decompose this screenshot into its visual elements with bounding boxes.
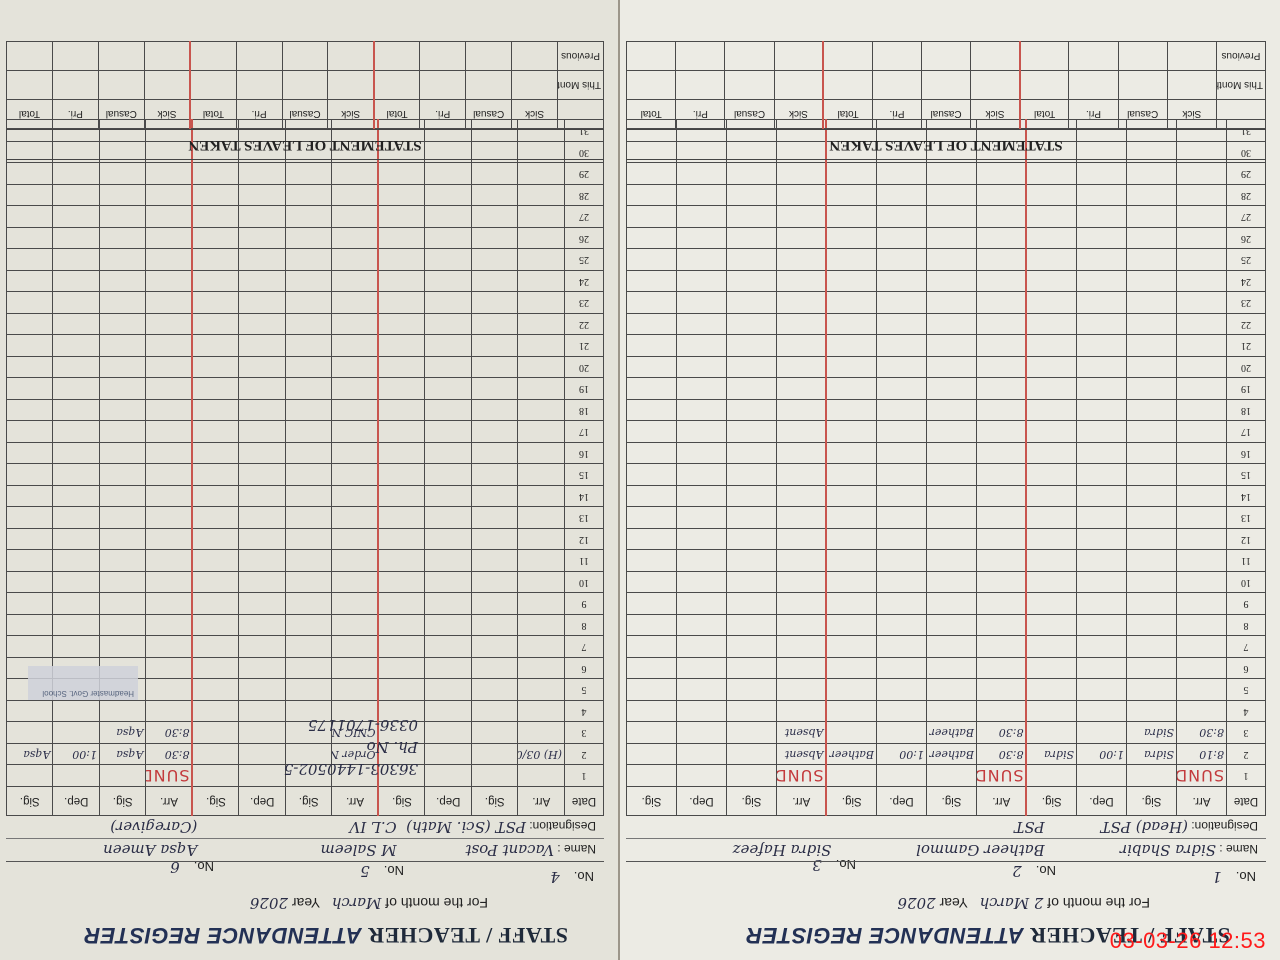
attendance-cell bbox=[1177, 185, 1227, 207]
attendance-cell bbox=[7, 271, 54, 293]
attendance-cell bbox=[7, 314, 54, 336]
leave-cell bbox=[823, 71, 872, 100]
sunday-mark: SUNDAY bbox=[1177, 766, 1225, 785]
handwritten-entry: Sidra bbox=[1144, 726, 1174, 739]
attendance-cell bbox=[7, 636, 54, 658]
date-cell: 28 bbox=[565, 185, 604, 207]
attendance-cell bbox=[379, 400, 426, 422]
attendance-cell bbox=[100, 550, 147, 572]
attendance-cell bbox=[332, 228, 379, 250]
attendance-cell bbox=[627, 529, 677, 551]
attendance-cell bbox=[827, 185, 877, 207]
attendance-cell bbox=[379, 486, 426, 508]
attendance-cell bbox=[727, 357, 777, 379]
attendance-cell bbox=[100, 357, 147, 379]
attendance-cell bbox=[1077, 292, 1127, 314]
attendance-cell bbox=[1177, 464, 1227, 486]
attendance-cell bbox=[472, 765, 519, 787]
attendance-cell bbox=[777, 572, 827, 594]
attendance-cell bbox=[239, 679, 286, 701]
attendance-cell bbox=[827, 163, 877, 185]
attendance-cell bbox=[627, 615, 677, 637]
attendance-cell bbox=[146, 314, 193, 336]
attendance-cell bbox=[877, 292, 927, 314]
attendance-cell bbox=[727, 292, 777, 314]
attendance-cell bbox=[239, 249, 286, 271]
attendance-cell bbox=[472, 163, 519, 185]
attendance-cell: SUNDAY bbox=[1177, 765, 1227, 787]
attendance-cell bbox=[827, 271, 877, 293]
leave-header: Casual bbox=[725, 100, 774, 129]
attendance-cell bbox=[877, 314, 927, 336]
attendance-cell bbox=[379, 658, 426, 680]
attendance-cell bbox=[425, 335, 472, 357]
attendance-cell bbox=[239, 529, 286, 551]
attendance-cell bbox=[677, 314, 727, 336]
attendance-cell bbox=[977, 228, 1027, 250]
attendance-cell bbox=[379, 228, 426, 250]
attendance-cell bbox=[827, 292, 877, 314]
attendance-cell bbox=[425, 486, 472, 508]
attendance-cell bbox=[53, 636, 100, 658]
attendance-cell bbox=[332, 593, 379, 615]
leave-cell bbox=[1118, 71, 1167, 100]
attendance-cell bbox=[518, 765, 565, 787]
leave-cell bbox=[190, 42, 236, 71]
attendance-cell bbox=[1077, 185, 1127, 207]
attendance-cell bbox=[627, 271, 677, 293]
date-cell: 9 bbox=[1227, 593, 1266, 615]
attendance-cell bbox=[1177, 550, 1227, 572]
attendance-cell bbox=[777, 636, 827, 658]
attendance-cell bbox=[379, 357, 426, 379]
attendance-cell bbox=[379, 593, 426, 615]
attendance-cell bbox=[239, 163, 286, 185]
attendance-cell bbox=[1027, 765, 1077, 787]
sunday-mark: SUNDAY bbox=[146, 766, 190, 785]
staff-numbers: No.4 No.5 No.6 bbox=[14, 862, 604, 886]
attendance-cell bbox=[1027, 658, 1077, 680]
staff-no: No.2 bbox=[1012, 862, 1056, 880]
handwritten-entry: 8:10 bbox=[1199, 748, 1224, 761]
attendance-cell bbox=[1077, 679, 1127, 701]
attendance-cell bbox=[677, 593, 727, 615]
attendance-cell bbox=[379, 636, 426, 658]
leave-cell bbox=[7, 42, 53, 71]
attendance-cell bbox=[53, 206, 100, 228]
attendance-cell bbox=[827, 314, 877, 336]
attendance-cell bbox=[286, 486, 333, 508]
attendance-cell bbox=[286, 314, 333, 336]
attendance-cell bbox=[727, 335, 777, 357]
attendance-cell bbox=[100, 636, 147, 658]
attendance-cell bbox=[53, 228, 100, 250]
attendance-cell bbox=[472, 464, 519, 486]
attendance-cell bbox=[100, 271, 147, 293]
attendance-cell bbox=[727, 550, 777, 572]
attendance-cell bbox=[927, 486, 977, 508]
attendance-cell bbox=[146, 443, 193, 465]
attendance-cell bbox=[332, 507, 379, 529]
date-cell: 20 bbox=[565, 357, 604, 379]
attendance-cell bbox=[425, 357, 472, 379]
attendance-cell bbox=[193, 421, 240, 443]
attendance-cell bbox=[100, 163, 147, 185]
attendance-cell bbox=[193, 249, 240, 271]
attendance-cell bbox=[1027, 335, 1077, 357]
attendance-cell bbox=[425, 206, 472, 228]
attendance-cell bbox=[927, 443, 977, 465]
sunday-mark: SUNDAY bbox=[977, 766, 1024, 785]
attendance-cell bbox=[877, 507, 927, 529]
attendance-cell bbox=[7, 593, 54, 615]
attendance-cell bbox=[877, 464, 927, 486]
attendance-cell bbox=[1027, 206, 1077, 228]
attendance-cell bbox=[146, 357, 193, 379]
leave-cell bbox=[144, 71, 190, 100]
attendance-cell bbox=[332, 314, 379, 336]
attendance-cell bbox=[727, 529, 777, 551]
attendance-cell bbox=[100, 206, 147, 228]
leave-cell bbox=[236, 71, 282, 100]
attendance-cell bbox=[727, 744, 777, 766]
leave-cell bbox=[52, 71, 98, 100]
date-cell: 5 bbox=[1227, 679, 1266, 701]
table-row: 12 bbox=[627, 529, 1266, 551]
table-row: 5 bbox=[627, 679, 1266, 701]
attendance-cell bbox=[1127, 464, 1177, 486]
attendance-cell bbox=[286, 357, 333, 379]
attendance-cell bbox=[1027, 679, 1077, 701]
date-cell: 16 bbox=[565, 443, 604, 465]
handwritten-entry: Absent bbox=[785, 748, 824, 761]
attendance-cell bbox=[927, 163, 977, 185]
column-header: Arr. bbox=[518, 787, 565, 816]
attendance-cell bbox=[777, 443, 827, 465]
date-cell: 11 bbox=[1227, 550, 1266, 572]
leave-cell bbox=[190, 71, 236, 100]
attendance-cell bbox=[239, 443, 286, 465]
attendance-cell bbox=[1077, 249, 1127, 271]
attendance-cell bbox=[472, 679, 519, 701]
attendance-cell bbox=[146, 507, 193, 529]
attendance-cell bbox=[1177, 507, 1227, 529]
date-cell: 20 bbox=[1227, 357, 1266, 379]
handwritten-entry: 8:30 bbox=[999, 726, 1024, 739]
attendance-cell bbox=[193, 615, 240, 637]
attendance-cell bbox=[286, 249, 333, 271]
attendance-cell bbox=[927, 271, 977, 293]
attendance-cell bbox=[1027, 486, 1077, 508]
attendance-cell bbox=[379, 507, 426, 529]
attendance-cell bbox=[472, 593, 519, 615]
attendance-cell bbox=[1077, 163, 1127, 185]
leave-header-blank bbox=[1216, 100, 1265, 129]
attendance-cell bbox=[1027, 507, 1077, 529]
attendance-cell bbox=[239, 271, 286, 293]
attendance-cell bbox=[727, 228, 777, 250]
leave-cell bbox=[676, 71, 725, 100]
attendance-cell bbox=[379, 572, 426, 594]
attendance-cell bbox=[332, 550, 379, 572]
table-row: 16 bbox=[627, 443, 1266, 465]
attendance-cell bbox=[7, 335, 54, 357]
attendance-cell bbox=[7, 722, 54, 744]
attendance-cell bbox=[193, 357, 240, 379]
attendance-cell bbox=[100, 249, 147, 271]
leave-cell bbox=[374, 71, 420, 100]
handwritten-entry: Aqsa bbox=[23, 748, 50, 761]
attendance-cell bbox=[1077, 765, 1127, 787]
attendance-cell bbox=[53, 507, 100, 529]
attendance-cell bbox=[472, 486, 519, 508]
attendance-cell bbox=[193, 744, 240, 766]
handwritten-entry: Batheer bbox=[930, 726, 974, 739]
date-cell: 19 bbox=[1227, 378, 1266, 400]
attendance-cell bbox=[827, 206, 877, 228]
attendance-cell: 1:00 bbox=[1077, 744, 1127, 766]
date-cell: 17 bbox=[1227, 421, 1266, 443]
month-line: For the month of March Year 2026 bbox=[250, 894, 488, 912]
attendance-cell bbox=[1077, 443, 1127, 465]
attendance-cell bbox=[1177, 658, 1227, 680]
attendance-cell bbox=[977, 486, 1027, 508]
attendance-cell bbox=[777, 400, 827, 422]
table-row: 12 bbox=[7, 529, 604, 551]
attendance-cell bbox=[827, 443, 877, 465]
attendance-cell bbox=[379, 206, 426, 228]
attendance-cell bbox=[53, 615, 100, 637]
leave-cell bbox=[872, 71, 921, 100]
attendance-cell bbox=[146, 163, 193, 185]
attendance-cell bbox=[286, 292, 333, 314]
attendance-cell bbox=[425, 722, 472, 744]
table-row: 28:10Sidra1:00Sidra8:30Batheer1:00Bathee… bbox=[627, 744, 1266, 766]
attendance-cell bbox=[877, 206, 927, 228]
staff-names: Name : Sidra Shabir Batheer Gammol Sidra… bbox=[626, 815, 1266, 862]
attendance-cell bbox=[286, 636, 333, 658]
attendance-cell bbox=[193, 658, 240, 680]
column-header: Sig. bbox=[727, 787, 777, 816]
attendance-cell bbox=[286, 464, 333, 486]
table-row: 11 bbox=[627, 550, 1266, 572]
attendance-cell bbox=[193, 271, 240, 293]
attendance-cell bbox=[53, 701, 100, 723]
attendance-cell bbox=[977, 636, 1027, 658]
attendance-cell bbox=[627, 163, 677, 185]
attendance-cell bbox=[1177, 163, 1227, 185]
date-cell: 8 bbox=[1227, 615, 1266, 637]
attendance-cell bbox=[927, 400, 977, 422]
date-cell: 2 bbox=[565, 744, 604, 766]
attendance-cell bbox=[286, 185, 333, 207]
date-cell: 18 bbox=[565, 400, 604, 422]
leave-header: Total bbox=[7, 100, 53, 129]
attendance-cell: 8:30 bbox=[977, 722, 1027, 744]
attendance-cell bbox=[677, 400, 727, 422]
attendance-cell bbox=[977, 421, 1027, 443]
year-value: 2026 bbox=[250, 894, 288, 912]
attendance-cell bbox=[53, 400, 100, 422]
table-row: 8 bbox=[7, 615, 604, 637]
attendance-cell bbox=[677, 765, 727, 787]
attendance-cell bbox=[627, 701, 677, 723]
attendance-cell bbox=[677, 335, 727, 357]
date-cell: 3 bbox=[1227, 722, 1266, 744]
handwritten-entry: Aqsa bbox=[116, 726, 143, 739]
attendance-cell bbox=[877, 271, 927, 293]
attendance-cell bbox=[332, 421, 379, 443]
leave-cell bbox=[774, 71, 823, 100]
attendance-cell bbox=[727, 722, 777, 744]
attendance-cell bbox=[927, 507, 977, 529]
attendance-cell bbox=[677, 486, 727, 508]
attendance-cell bbox=[472, 335, 519, 357]
attendance-cell bbox=[239, 765, 286, 787]
attendance-cell bbox=[827, 550, 877, 572]
leave-row: Previous bbox=[627, 42, 1266, 71]
attendance-cell bbox=[379, 271, 426, 293]
attendance-cell bbox=[927, 292, 977, 314]
leave-cell bbox=[52, 42, 98, 71]
attendance-cell bbox=[977, 615, 1027, 637]
attendance-cell bbox=[379, 185, 426, 207]
attendance-cell: Sidra bbox=[1127, 744, 1177, 766]
attendance-cell bbox=[332, 658, 379, 680]
leave-cell bbox=[144, 42, 190, 71]
table-row: 28 bbox=[7, 185, 604, 207]
date-cell: 29 bbox=[1227, 163, 1266, 185]
attendance-cell bbox=[193, 572, 240, 594]
attendance-cell bbox=[146, 529, 193, 551]
attendance-cell bbox=[627, 228, 677, 250]
attendance-cell bbox=[379, 421, 426, 443]
leave-header: Pri. bbox=[872, 100, 921, 129]
month-line: For the month of 2 March Year 2026 bbox=[897, 894, 1150, 912]
attendance-cell bbox=[53, 292, 100, 314]
attendance-cell bbox=[1027, 464, 1077, 486]
attendance-cell bbox=[1177, 249, 1227, 271]
attendance-cell bbox=[677, 357, 727, 379]
table-row: 24 bbox=[627, 271, 1266, 293]
leave-cell bbox=[725, 71, 774, 100]
table-row: 22 bbox=[627, 314, 1266, 336]
attendance-cell: 8:30 bbox=[146, 744, 193, 766]
attendance-cell bbox=[53, 314, 100, 336]
column-header: Dep. bbox=[239, 787, 286, 816]
attendance-cell bbox=[977, 679, 1027, 701]
attendance-cell bbox=[877, 443, 927, 465]
leave-cell bbox=[282, 71, 328, 100]
attendance-cell bbox=[1027, 249, 1077, 271]
attendance-cell bbox=[286, 163, 333, 185]
attendance-cell bbox=[53, 464, 100, 486]
date-cell: 1 bbox=[565, 765, 604, 787]
attendance-cell bbox=[239, 658, 286, 680]
attendance-cell bbox=[1127, 765, 1177, 787]
leave-cell bbox=[374, 42, 420, 71]
attendance-cell bbox=[677, 550, 727, 572]
attendance-cell bbox=[1077, 400, 1127, 422]
attendance-cell bbox=[777, 292, 827, 314]
table-row: 27 bbox=[627, 206, 1266, 228]
attendance-cell bbox=[777, 593, 827, 615]
leave-header: Casual bbox=[466, 100, 512, 129]
attendance-cell bbox=[677, 421, 727, 443]
attendance-cell bbox=[777, 357, 827, 379]
name-row: Name : Vacant Post M Saleem Aqsa Ameen bbox=[6, 838, 604, 861]
leave-cell bbox=[98, 42, 144, 71]
attendance-cell bbox=[518, 249, 565, 271]
attendance-cell bbox=[627, 421, 677, 443]
leave-header: Casual bbox=[98, 100, 144, 129]
attendance-cell bbox=[977, 658, 1027, 680]
attendance-cell bbox=[332, 378, 379, 400]
attendance-cell: 1:00 bbox=[877, 744, 927, 766]
attendance-cell bbox=[518, 357, 565, 379]
attendance-cell bbox=[727, 593, 777, 615]
table-row: 27 bbox=[7, 206, 604, 228]
attendance-cell bbox=[677, 228, 727, 250]
attendance-cell bbox=[1077, 636, 1127, 658]
attendance-cell bbox=[100, 615, 147, 637]
attendance-cell bbox=[677, 185, 727, 207]
attendance-cell bbox=[379, 292, 426, 314]
table-row: 20 bbox=[627, 357, 1266, 379]
attendance-cell bbox=[627, 679, 677, 701]
attendance-cell bbox=[877, 636, 927, 658]
attendance-cell bbox=[7, 615, 54, 637]
attendance-cell bbox=[827, 679, 877, 701]
attendance-cell bbox=[518, 701, 565, 723]
attendance-cell bbox=[777, 185, 827, 207]
attendance-cell bbox=[1127, 507, 1177, 529]
attendance-cell bbox=[332, 357, 379, 379]
attendance-cell bbox=[239, 314, 286, 336]
headmaster-stamp: Headmaster Govt. School bbox=[28, 666, 138, 700]
attendance-cell bbox=[53, 163, 100, 185]
attendance-cell bbox=[193, 185, 240, 207]
attendance-cell bbox=[7, 206, 54, 228]
attendance-cell bbox=[146, 636, 193, 658]
attendance-cell bbox=[1177, 228, 1227, 250]
attendance-cell bbox=[379, 378, 426, 400]
date-cell: 12 bbox=[1227, 529, 1266, 551]
attendance-cell bbox=[425, 658, 472, 680]
attendance-cell bbox=[827, 378, 877, 400]
attendance-cell bbox=[146, 486, 193, 508]
attendance-cell bbox=[379, 163, 426, 185]
attendance-cell bbox=[1077, 228, 1127, 250]
attendance-cell bbox=[472, 357, 519, 379]
attendance-cell bbox=[727, 615, 777, 637]
attendance-cell bbox=[332, 486, 379, 508]
attendance-cell bbox=[193, 228, 240, 250]
attendance-cell bbox=[193, 679, 240, 701]
attendance-cell bbox=[239, 722, 286, 744]
leave-cell bbox=[971, 42, 1020, 71]
attendance-cell bbox=[827, 658, 877, 680]
table-row: 19 bbox=[7, 378, 604, 400]
leave-row-label: This Month bbox=[1216, 71, 1265, 100]
attendance-cell bbox=[977, 206, 1027, 228]
attendance-cell bbox=[193, 464, 240, 486]
attendance-cell bbox=[332, 163, 379, 185]
handwritten-entry: Batheer bbox=[930, 748, 974, 761]
leave-row: This Month bbox=[7, 71, 604, 100]
attendance-cell bbox=[286, 507, 333, 529]
date-cell: 24 bbox=[1227, 271, 1266, 293]
